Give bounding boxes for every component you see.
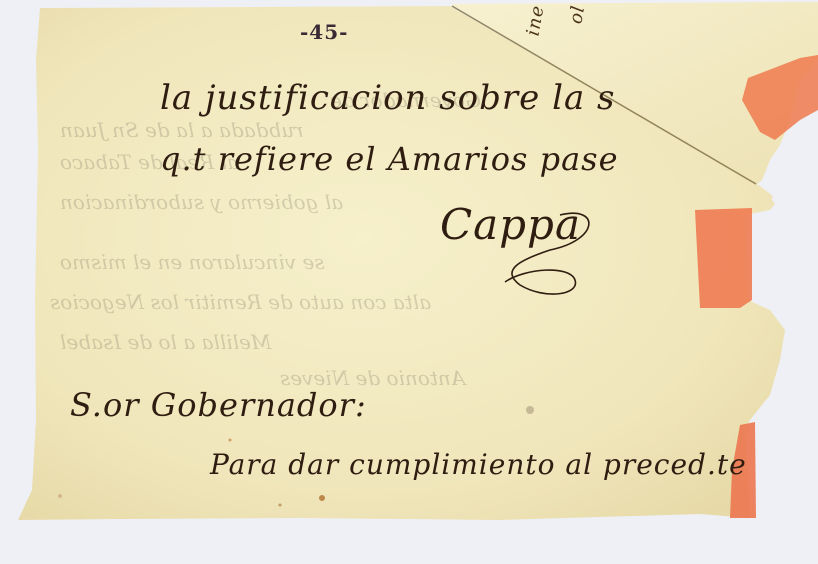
bleed-through-line: rubdada a la de Sn Juan [60, 118, 304, 142]
text-line-2: q.t refiere el Amarios pase [160, 140, 619, 178]
text-line-1: la justificacion sobre la s [160, 78, 616, 118]
document-scan: Governador de rubdada a la de Sn Juan al… [0, 0, 818, 564]
folio-number: -45- [300, 20, 348, 44]
bleed-through-line: alta con auto de Remitir los Negocios [50, 290, 431, 314]
bleed-through-line: se vincularon en el mismo [60, 250, 325, 274]
bleed-through-line: al gobierno y subordinacion [60, 190, 343, 214]
signature: Cappa [440, 200, 581, 249]
flap-text: ol [565, 4, 589, 26]
bleed-through-line: Melilla a lo de Isabel [60, 330, 271, 354]
wax-seal-middle [695, 208, 752, 308]
salutation: S.or Gobernador: [70, 386, 367, 424]
closing-line: Para dar cumplimiento al preced.te [210, 448, 747, 481]
